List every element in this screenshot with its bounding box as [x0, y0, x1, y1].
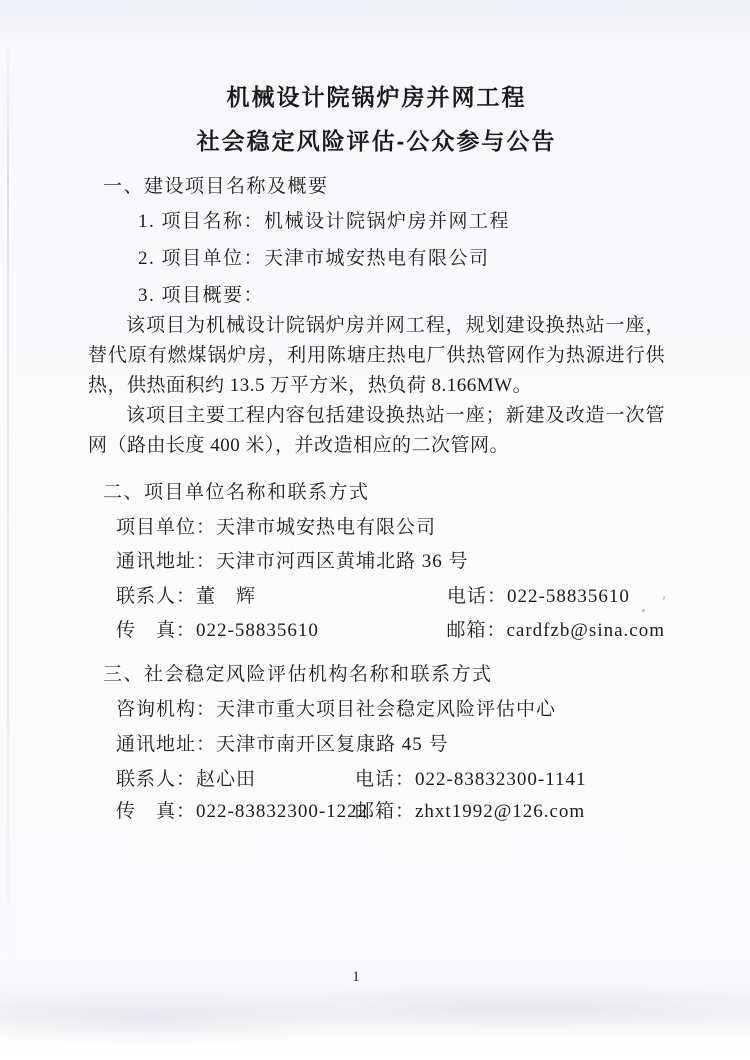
section3-row-fax: 传 真：022-83832300-1222 邮箱：zhxt1992@126.co…: [116, 797, 665, 827]
page-number: 1: [0, 966, 712, 988]
section2-heading: 二、项目单位名称和联系方式: [103, 478, 665, 508]
section2-contact-person: 联系人：董 辉: [116, 582, 447, 612]
document-content: 机械设计院锅炉房并网工程 社会稳定风险评估-公众参与公告 一、建设项目名称及概要…: [88, 0, 665, 827]
section2-fax: 传 真：022-58835610: [116, 616, 446, 646]
paper-edge-shadow: [7, 30, 9, 1000]
section3-row-contact: 联系人：赵心田 电话：022-83832300-1141: [116, 765, 665, 795]
section2-row-address: 通讯地址：天津市河西区黄埔北路 36 号: [116, 547, 665, 577]
section3-agency: 咨询机构：天津市重大项目社会稳定风险评估中心: [116, 695, 556, 725]
section3-contact-person: 联系人：赵心田: [116, 765, 355, 795]
document-title-line1: 机械设计院锅炉房并网工程: [88, 84, 665, 110]
section2-row-unit: 项目单位：天津市城安热电有限公司: [116, 513, 665, 543]
section2-row-contact: 联系人：董 辉 电话：022-58835610: [116, 582, 665, 612]
scanned-document-page: 机械设计院锅炉房并网工程 社会稳定风险评估-公众参与公告 一、建设项目名称及概要…: [0, 0, 750, 1060]
section3-phone: 电话：022-83832300-1141: [355, 765, 586, 795]
scan-speck: [662, 596, 665, 600]
section3-heading: 三、社会稳定风险评估机构名称和联系方式: [103, 660, 665, 690]
section1-item-project-summary: 3. 项目概要：: [138, 281, 665, 311]
section2-address: 通讯地址：天津市河西区黄埔北路 36 号: [116, 547, 469, 577]
section3-email: 邮箱：zhxt1992@126.com: [355, 797, 585, 827]
scan-speck: [642, 609, 645, 612]
section3-address: 通讯地址：天津市南开区复康路 45 号: [116, 730, 449, 760]
section2-phone: 电话：022-58835610: [447, 582, 630, 612]
project-summary-paragraph-1: 该项目为机械设计院锅炉房并网工程，规划建设换热站一座，替代原有燃煤锅炉房，利用陈…: [88, 311, 665, 401]
section2-unit: 项目单位：天津市城安热电有限公司: [116, 513, 436, 543]
section3-row-address: 通讯地址：天津市南开区复康路 45 号: [116, 730, 665, 760]
section1-heading: 一、建设项目名称及概要: [103, 172, 665, 202]
section3-row-agency: 咨询机构：天津市重大项目社会稳定风险评估中心: [116, 695, 665, 725]
section1-item-project-name: 1. 项目名称：机械设计院锅炉房并网工程: [138, 207, 665, 237]
section3-fax: 传 真：022-83832300-1222: [116, 797, 355, 827]
section2-row-fax: 传 真：022-58835610 邮箱：cardfzb@sina.com: [116, 616, 665, 646]
section1-item-project-unit: 2. 项目单位：天津市城安热电有限公司: [138, 244, 665, 274]
document-title-line2: 社会稳定风险评估-公众参与公告: [88, 128, 665, 154]
project-summary-paragraph-2: 该项目主要工程内容包括建设换热站一座；新建及改造一次管网（路由长度 400 米）…: [88, 401, 665, 461]
section2-email: 邮箱：cardfzb@sina.com: [446, 616, 665, 646]
